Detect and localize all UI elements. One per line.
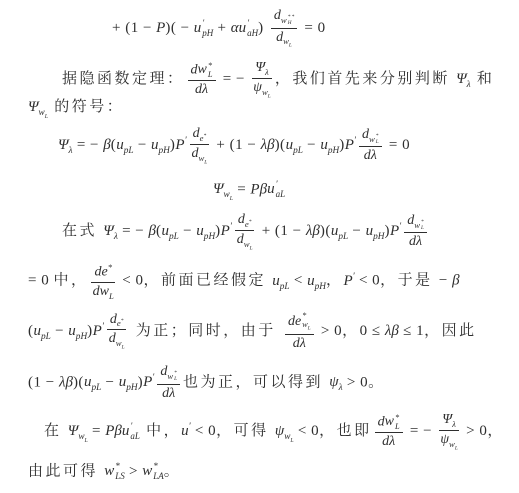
subscript: pH: [126, 383, 137, 393]
math-operator: + (1 −: [257, 223, 305, 239]
subscript: wL: [39, 108, 48, 118]
fraction: de*dwL: [190, 126, 210, 165]
superscript: *: [121, 319, 124, 325]
scripted-variable: upL: [286, 137, 303, 153]
math-operator: +: [213, 20, 230, 36]
numerator: de*: [235, 212, 255, 231]
scripted-variable: upH: [366, 223, 385, 239]
subscript: pL: [91, 383, 101, 393]
scripted-variable: w* *H: [281, 15, 294, 25]
subscript: L: [122, 345, 125, 351]
prose-text: ，因此: [424, 323, 477, 339]
scripted-variable: u′pH: [194, 20, 214, 36]
math-variable: d: [109, 331, 116, 346]
subscript: wL: [116, 338, 125, 348]
subscript: wL: [262, 87, 271, 97]
math-variable: dλ: [195, 82, 208, 97]
prose-text: ，我们首先来分别判断: [275, 71, 456, 87]
para-analysis-line4: (1 − λβ)(upL − upH)P′dw*Ldλ也为正，可以得到 ψλ >…: [28, 364, 386, 402]
fraction: dw*Ldλ: [188, 61, 216, 99]
subscript: L: [109, 291, 114, 301]
para-conclusion-line2: 由此可得 w*LS > w*LA。: [28, 462, 181, 482]
math-operator: = 0: [385, 137, 410, 153]
scripted-variable: ψwL: [275, 423, 294, 439]
subscript: wL: [78, 432, 87, 442]
math-operator: > 0: [317, 323, 342, 339]
math-operator: )(: [73, 374, 84, 390]
scripted-variable: e*: [117, 318, 124, 328]
prose-text: ，于是: [380, 273, 439, 289]
math-variable: d: [237, 232, 244, 247]
numerator: dw*L: [359, 127, 382, 148]
math-operator: = −: [73, 137, 104, 153]
math-operator: −: [348, 223, 365, 239]
math-operator: ): [258, 20, 268, 36]
math-variable: β: [149, 223, 156, 239]
subscript: λ: [452, 419, 456, 429]
scripted-variable: w*L: [369, 134, 379, 144]
subscript: pL: [280, 282, 290, 292]
math-operator: < 0: [118, 273, 143, 289]
subscript: L: [268, 93, 271, 99]
subscript: e*: [117, 318, 124, 328]
prose-text: 由此可得: [28, 463, 104, 479]
prose-text: 中，: [53, 273, 88, 289]
denominator: dλ: [404, 233, 427, 250]
subscript: e*: [245, 219, 252, 229]
scripted-variable: Ψλ: [58, 137, 73, 153]
math-variable: d: [288, 314, 295, 329]
prose-text: 的符号：: [48, 99, 124, 115]
numerator: de*: [107, 312, 127, 331]
para-analysis-line2: = 0 中，de*dwL < 0，前面已经假定 upL < upH，P′ < 0…: [28, 262, 460, 301]
math-variable: dλ: [293, 336, 306, 351]
scripted-variable: u′aH: [239, 20, 259, 36]
subscript: w*L: [167, 371, 177, 381]
subscript: L: [455, 445, 458, 451]
prose-text: ，可得: [216, 423, 275, 439]
subscript: w* *H: [281, 15, 294, 25]
subscript: wL: [284, 432, 293, 442]
denominator: dλ: [285, 335, 314, 352]
scripted-variable: ψwL: [440, 432, 458, 447]
numerator: de*: [190, 126, 210, 145]
denominator: ψwL: [439, 431, 459, 452]
math-variable: β: [452, 273, 459, 289]
math-variable: d: [362, 127, 369, 142]
denominator: ψwL: [252, 79, 272, 100]
math-operator: )( −: [165, 20, 193, 36]
math-variable: dw: [93, 284, 109, 299]
scripted-variable: ψλ: [329, 374, 342, 390]
superscript: ′: [185, 136, 187, 146]
math-operator: > 0: [462, 423, 487, 439]
scripted-variable: Ψλ: [442, 412, 456, 427]
scripted-variable: upH: [68, 323, 87, 339]
fraction: de*dwL: [235, 212, 255, 251]
math-operator: (1 −: [28, 374, 59, 390]
math-operator: = 0: [300, 20, 325, 36]
subscript: pH: [328, 146, 339, 156]
superscript: *: [108, 262, 112, 272]
scripted-variable: ΨwL: [68, 423, 88, 439]
para-implicit-function-line2: ΨwL 的符号：: [28, 98, 124, 121]
superscript: *: [249, 219, 252, 225]
superscript: ′: [399, 222, 401, 232]
scripted-variable: w*LA: [142, 463, 164, 479]
denominator: dλ: [188, 81, 216, 98]
subscript: L: [289, 43, 292, 49]
prose-text: 和: [471, 71, 495, 87]
subscript: L: [308, 326, 311, 332]
denominator: dwL: [91, 283, 115, 301]
denominator: dλ: [359, 147, 382, 164]
math-operator: > 0: [343, 374, 368, 390]
scripted-variable: Ψλ: [103, 223, 118, 239]
subscript: e*: [200, 133, 207, 143]
subscript: pH: [204, 232, 215, 242]
superscript: *: [203, 133, 206, 139]
subscript: pH: [76, 332, 87, 342]
math-operator: −: [51, 323, 68, 339]
numerator: Ψλ: [439, 412, 459, 431]
math-operator: < 0: [191, 423, 216, 439]
numerator: Ψλ: [252, 60, 272, 79]
math-operator: 0 ≤: [360, 323, 385, 339]
prose-text: 也为正，可以得到: [183, 374, 329, 390]
math-operator: =: [88, 423, 105, 439]
equation-psi-wl: ΨwL = Pβu′aL: [213, 180, 285, 203]
math-variable: Pβ: [250, 181, 267, 197]
math-operator: −: [101, 374, 118, 390]
subscript: wL: [224, 190, 233, 200]
math-variable: de: [94, 265, 107, 280]
math-operator: < 0: [294, 423, 319, 439]
scripted-variable: wL: [199, 153, 208, 163]
scripted-variable: Ψλ: [456, 71, 471, 87]
math-variable: d: [274, 8, 281, 23]
math-operator: >: [125, 463, 142, 479]
para-analysis-line1: 在式 Ψλ = − β(upL − upH)P′de*dwL + (1 − λβ…: [62, 212, 430, 251]
math-operator: = −: [406, 423, 437, 439]
numerator: dw*L: [157, 364, 180, 385]
scripted-variable: upL: [272, 273, 289, 289]
scripted-variable: e*wL: [295, 314, 311, 329]
math-variable: d: [238, 212, 245, 227]
equation-psi-lambda: Ψλ = − β(upL − upH)P′de*dwL + (1 − λβ)(u…: [58, 126, 410, 165]
subscript: pH: [315, 282, 326, 292]
prose-text: 。: [368, 374, 386, 390]
scripted-variable: e*: [200, 133, 207, 143]
scripted-variable: upL: [331, 223, 348, 239]
prose-text: ，也即: [319, 423, 372, 439]
subscript: λ: [265, 67, 269, 77]
math-variable: dλ: [382, 434, 395, 449]
math-variable: dλ: [162, 386, 175, 401]
superscript: ′: [354, 136, 356, 146]
math-operator: )(: [320, 223, 331, 239]
scripted-variable: w*LS: [104, 463, 125, 479]
math-operator: −: [303, 137, 320, 153]
scripted-variable: upL: [116, 137, 133, 153]
numerator: de*: [91, 262, 115, 283]
prose-text: 在式: [62, 223, 103, 239]
math-operator: = −: [219, 71, 250, 87]
denominator: dλ: [375, 433, 403, 450]
subscript: pH: [373, 232, 384, 242]
scripted-variable: w*L: [198, 62, 213, 77]
fraction: de*dwL: [107, 312, 127, 351]
subscript: wL: [283, 36, 292, 46]
scripted-variable: P′: [221, 223, 232, 239]
numerator: de*wL: [285, 311, 314, 335]
math-variable: d: [192, 146, 199, 161]
subscript: pL: [293, 146, 303, 156]
scripted-variable: wL: [244, 239, 253, 249]
fraction: dw*Ldλ: [404, 213, 427, 251]
math-variable: λβ: [261, 137, 275, 153]
scripted-variable: e*: [245, 219, 252, 229]
fraction: ΨλψwL: [439, 412, 459, 451]
denominator: dwL: [190, 145, 210, 166]
math-operator: −: [439, 273, 452, 289]
subscript: L: [204, 159, 207, 165]
scripted-variable: P′: [93, 323, 104, 339]
math-variable: λβ: [385, 323, 399, 339]
math-variable: Pβ: [105, 423, 122, 439]
math-operator: + (1 −: [112, 20, 156, 36]
prose-text: 在: [44, 423, 68, 439]
prose-text: 。: [164, 463, 182, 479]
denominator: dλ: [157, 385, 180, 402]
scripted-variable: wL: [116, 338, 125, 348]
scripted-variable: u′: [181, 423, 191, 439]
scripted-variable: P′: [143, 374, 154, 390]
math-operator: < 0: [355, 273, 380, 289]
scripted-variable: ψwL: [253, 80, 271, 95]
subscript: w*L: [414, 220, 424, 230]
scripted-variable: u′aL: [267, 181, 285, 197]
para-conclusion-line1: 在 ΨwL = Pβu′aL 中，u′ < 0，可得 ψwL < 0，也即dw*…: [44, 412, 505, 451]
denominator: dwL: [107, 330, 127, 351]
numerator: dw*L: [188, 61, 216, 81]
numerator: dw* *H: [271, 8, 297, 29]
fraction: de*wLdλ: [285, 311, 314, 352]
scripted-variable: upH: [196, 223, 215, 239]
fraction: dw*Ldλ: [359, 127, 382, 165]
math-variable: β: [103, 137, 110, 153]
scripted-variable: Ψλ: [255, 60, 269, 75]
math-variable: dλ: [409, 234, 422, 249]
prose-text: 据隐函数定理：: [62, 71, 185, 87]
subscript: pL: [169, 232, 179, 242]
numerator: dw*L: [404, 213, 427, 234]
numerator: dw*L: [375, 413, 403, 433]
scripted-variable: ΨwL: [213, 181, 233, 197]
scripted-variable: w*L: [385, 414, 400, 429]
prose-text: ，: [342, 323, 360, 339]
scripted-variable: upL: [162, 223, 179, 239]
math-operator: ≤ 1: [399, 323, 424, 339]
math-variable: α: [231, 20, 239, 36]
math-operator: =: [233, 181, 250, 197]
superscript: ′: [152, 373, 154, 383]
fraction: dw* *HdwL: [271, 8, 297, 49]
subscript: wL: [244, 239, 253, 249]
scripted-variable: upH: [320, 137, 339, 153]
scripted-variable: upH: [119, 374, 138, 390]
fraction: ΨλψwL: [252, 60, 272, 99]
scripted-variable: P′: [343, 273, 354, 289]
scripted-variable: wL: [283, 36, 292, 46]
subscript: wL: [199, 153, 208, 163]
math-variable: d: [193, 126, 200, 141]
subscript: wL: [449, 439, 458, 449]
math-variable: λβ: [306, 223, 320, 239]
scripted-variable: P′: [390, 223, 401, 239]
math-operator: −: [179, 223, 196, 239]
subscript: pL: [124, 146, 134, 156]
math-variable: d: [191, 62, 198, 77]
subscript: pL: [338, 232, 348, 242]
para-implicit-function-line1: 据隐函数定理：dw*Ldλ = − ΨλψwL，我们首先来分别判断 Ψλ 和: [62, 60, 494, 99]
scripted-variable: upH: [151, 137, 170, 153]
subscript: pH: [159, 146, 170, 156]
math-operator: = 0: [28, 273, 53, 289]
scripted-variable: upL: [84, 374, 101, 390]
equation-foc-continued: + (1 − P)( − u′pH + αu′aH) dw* *HdwL = 0: [112, 8, 326, 49]
fraction: de*dwL: [91, 262, 115, 301]
math-operator: )(: [275, 137, 286, 153]
math-variable: d: [110, 312, 117, 327]
subscript: w*L: [369, 134, 379, 144]
prose-text: ，前面已经假定: [144, 273, 273, 289]
superscript: ′: [102, 322, 104, 332]
prose-text: ，: [487, 423, 505, 439]
prose-text: 为正；同时，由于: [129, 323, 282, 339]
scripted-variable: w*L: [414, 220, 424, 230]
denominator: dwL: [271, 29, 297, 50]
scripted-variable: upH: [307, 273, 326, 289]
subscript: pL: [41, 332, 51, 342]
math-variable: λβ: [59, 374, 73, 390]
superscript: ′: [230, 222, 232, 232]
math-operator: + (1 −: [212, 137, 260, 153]
scripted-variable: P′: [345, 137, 356, 153]
math-operator: = −: [118, 223, 149, 239]
fraction: dw*Ldλ: [157, 364, 180, 402]
denominator: dwL: [235, 231, 255, 252]
prose-text: 中，: [140, 423, 181, 439]
scripted-variable: u′aL: [122, 423, 140, 439]
para-analysis-line3: (upL − upH)P′de*dwL 为正；同时，由于 de*wLdλ > 0…: [28, 311, 477, 352]
math-variable: d: [378, 414, 385, 429]
math-operator: <: [290, 273, 307, 289]
math-operator: −: [134, 137, 151, 153]
scripted-variable: w*L: [167, 371, 177, 381]
math-variable: dλ: [364, 148, 377, 163]
subscript: L: [250, 245, 253, 251]
scripted-variable: upL: [34, 323, 51, 339]
scripted-variable: P′: [175, 137, 186, 153]
fraction: dw*Ldλ: [375, 413, 403, 451]
math-variable: P: [156, 20, 165, 36]
scripted-variable: ΨwL: [28, 99, 48, 115]
prose-text: ，: [326, 273, 344, 289]
document-page: + (1 − P)( − u′pH + αu′aH) dw* *HdwL = 0…: [0, 0, 519, 493]
